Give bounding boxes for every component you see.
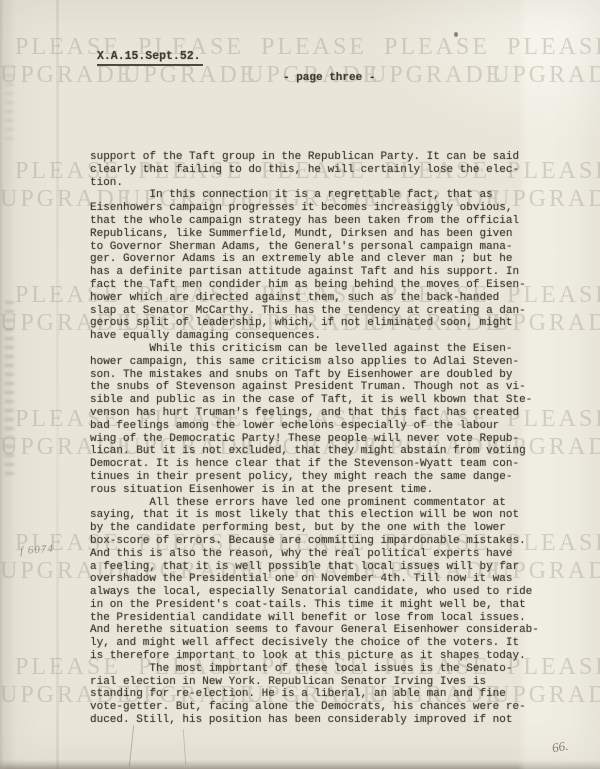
handwritten-margin-note: f 6074 [20,543,55,557]
watermark-text: PLEASE [261,34,367,61]
watermark-text: UPGRADE [0,62,134,89]
document-reference: X.A.15.Sept.52. [97,50,203,66]
vertical-crease [56,0,59,769]
handwritten-folio-number: 66. [551,738,570,757]
ink-speck [454,32,458,37]
crease-mark [183,729,187,765]
typewritten-body-text: support of the Taft group in the Republi… [90,151,539,727]
watermark-text: PLEASE [507,34,600,61]
ink-bleed-smudge [5,60,14,140]
crease-mark [129,725,134,767]
scanned-document-page: PLEASEPLEASEPLEASEPLEASEPLEASEUPGRADEUPG… [0,0,600,769]
watermark-text: PLEASE [384,34,490,61]
watermark-text: UPGRADE [492,62,600,89]
ink-bleed-smudge [5,295,14,475]
watermark-text: UPGRADE [123,62,257,89]
page-number-label: - page three - [283,72,375,84]
watermark-text: UPGRADE [369,62,503,89]
